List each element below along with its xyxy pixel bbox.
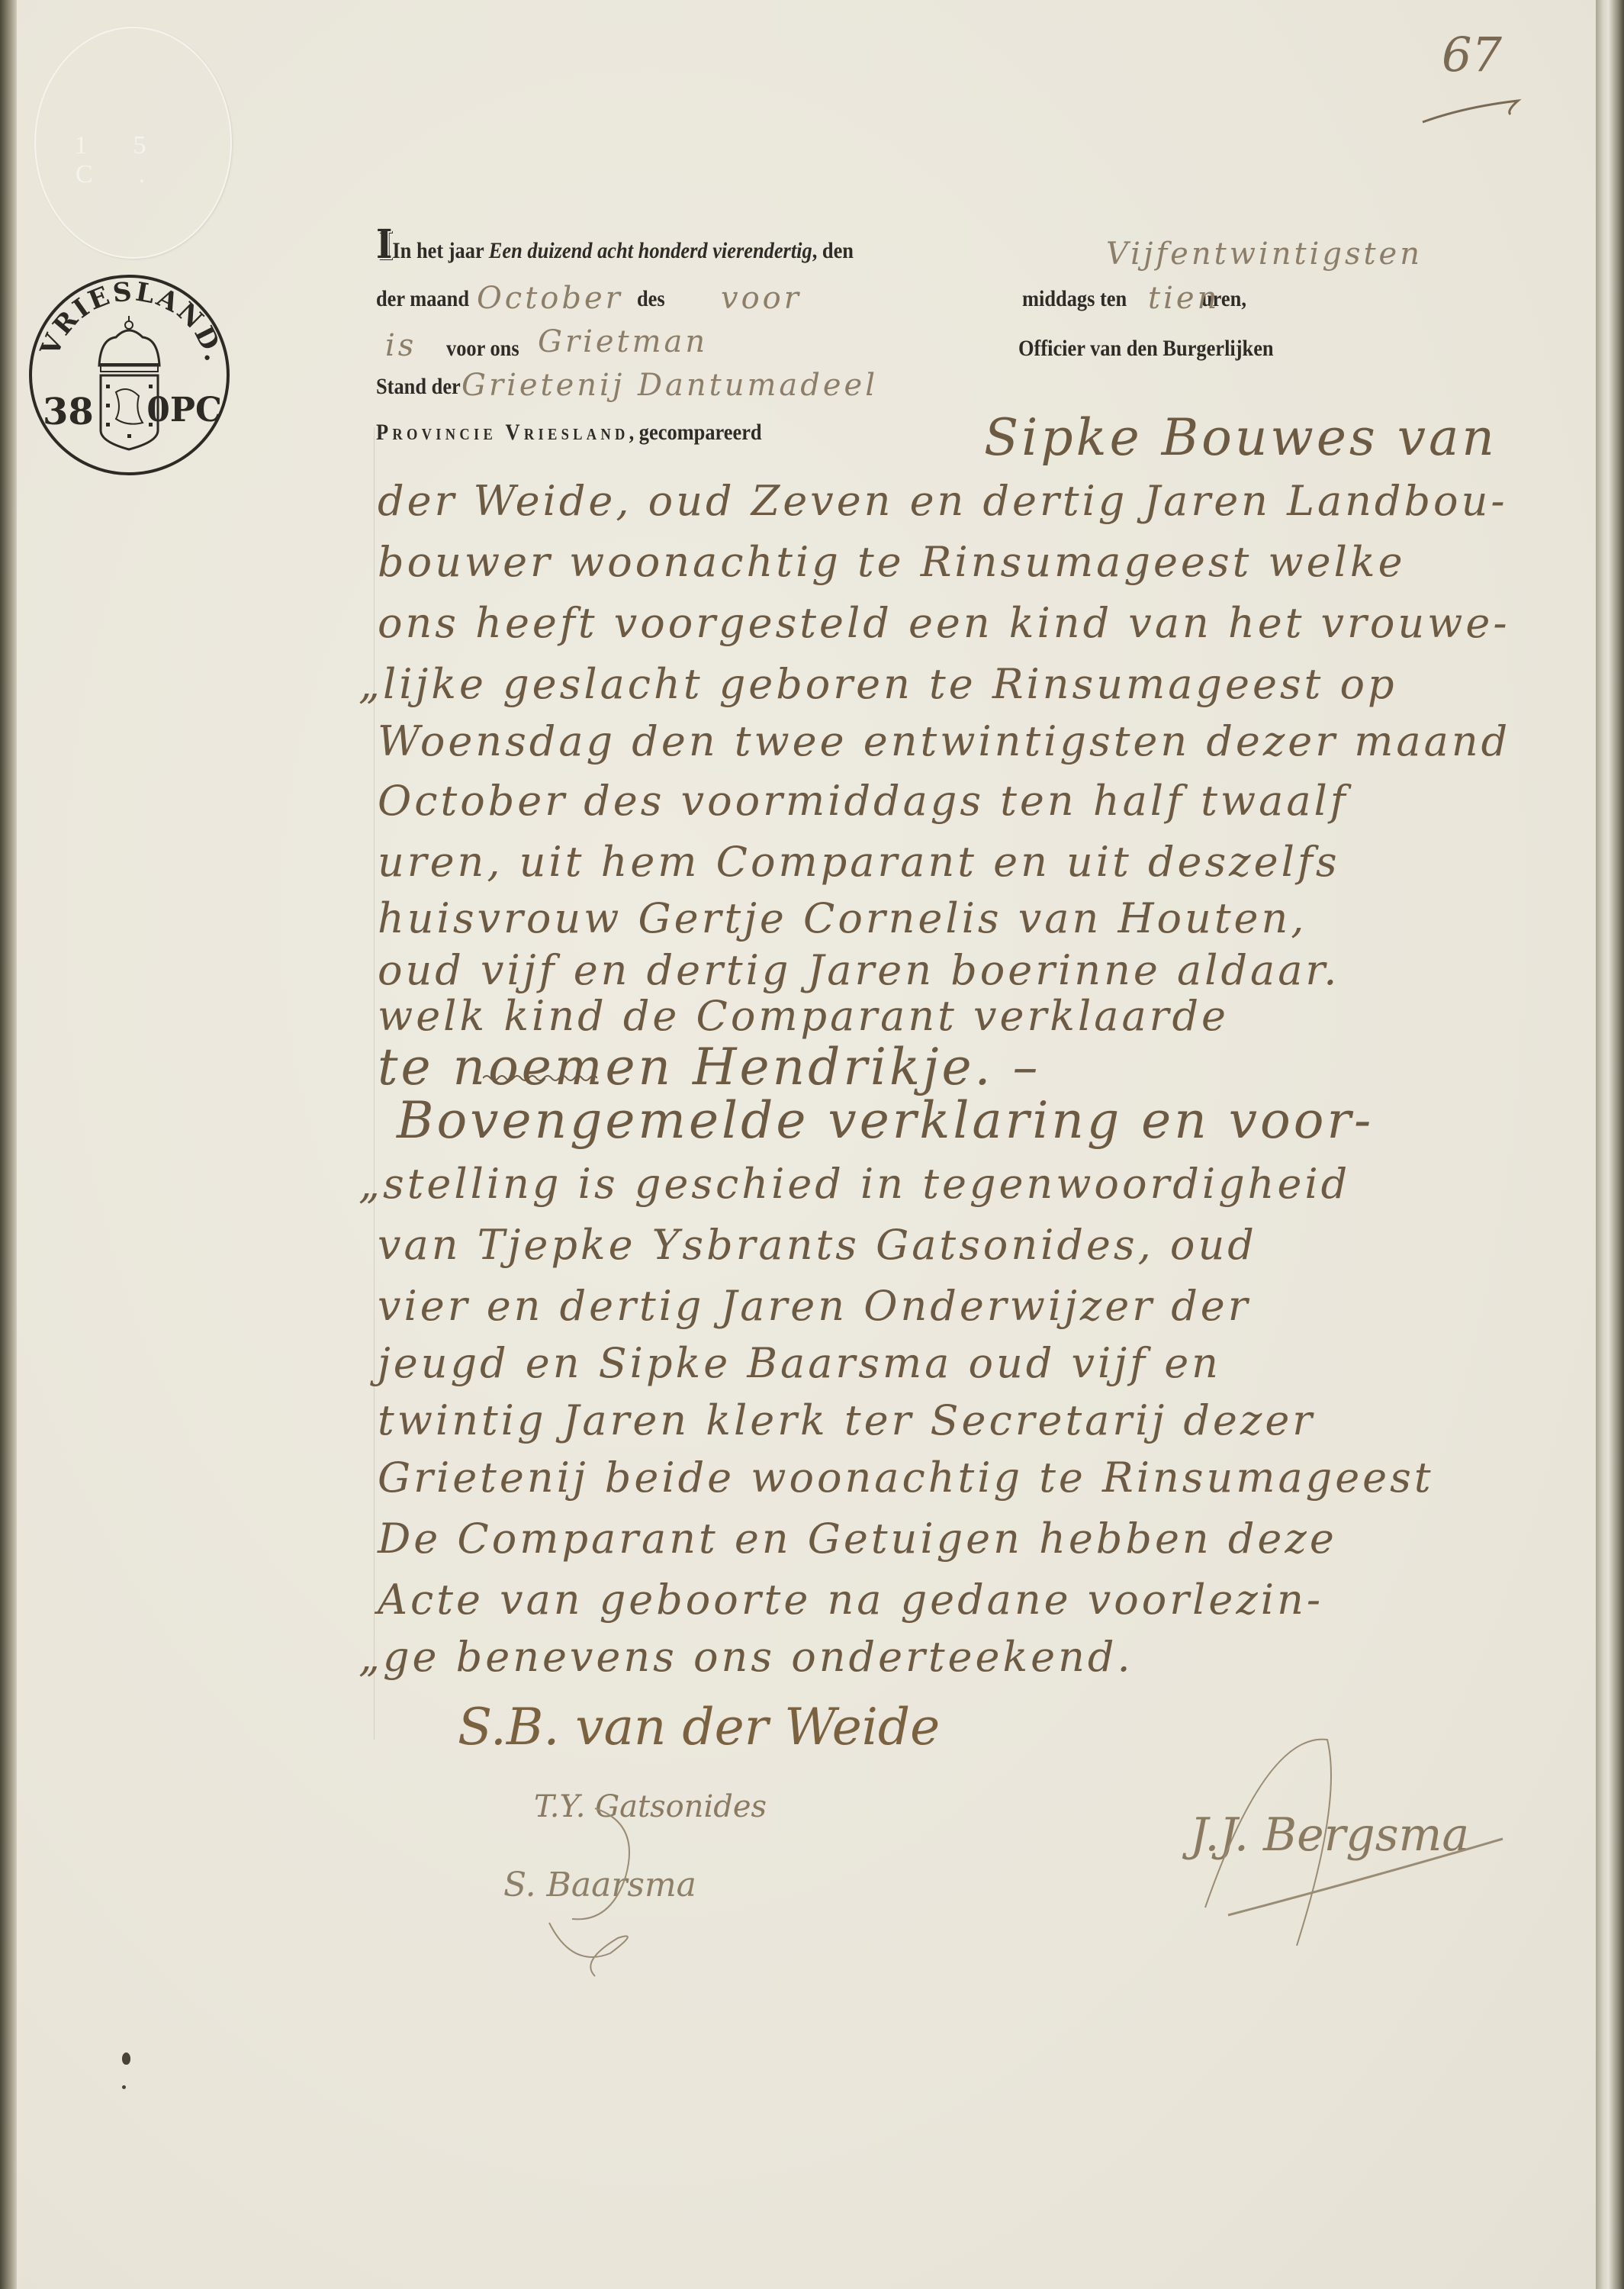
stamp-number: 38 [43,391,94,433]
book-spine-left [0,0,17,2289]
body-line: ons heeft voorgesteld een kind van het v… [378,599,1510,647]
body-line: De Comparant en Getuigen hebben deze [378,1515,1337,1563]
stamp-opc-text: 0PC [146,391,222,430]
form-province-suffix: , gecompareerd [629,420,762,445]
body-line: vier en dertig Jaren Onderwijzer der [378,1282,1251,1330]
body-line: huisvrouw Gertje Cornelis van Houten, [378,894,1307,942]
form-label-middags-ten: middags ten [1022,286,1127,312]
body-line: oud vijf en dertig Jaren boerinne aldaar… [378,946,1339,994]
page-edge-right [1596,0,1624,2289]
body-line: der Weide, oud Zeven en dertig Jaren Lan… [378,477,1508,525]
body-line: Bovengemelde verklaring en voor- [397,1091,1374,1150]
body-line: Woensdag den twee entwintigsten dezer ma… [378,717,1510,765]
pencil-margin-line [374,427,375,1740]
form-line-province: Provincie Vriesland, gecompareerd [376,420,762,446]
embossed-tax-seal: 15 C. [34,27,232,259]
body-line: welk kind de Comparant verklaarde [378,992,1229,1040]
body-line: jeugd en Sipke Baarsma oud vijf en [378,1339,1221,1387]
form-label-stand-der: Stand der [376,374,461,400]
filled-day: Vijfentwintigsten [1106,237,1423,272]
crown-and-lion-shield-icon: VRIESLAND. [32,278,227,472]
bergsma-flourish-icon [1144,1709,1526,1953]
folio-number: 67 [1442,27,1502,82]
embossed-seal-text: 15 C. [36,131,230,189]
body-line: Sipke Bouwes van [984,408,1497,467]
ink-blot [122,2052,130,2065]
body-line: twintig Jaren klerk ter Secretarij dezer [378,1396,1315,1444]
form-label-des: des [637,286,665,312]
body-line: October des voormiddags ten half twaalf [378,777,1349,825]
folio-flourish-icon [1419,84,1533,130]
drop-cap-i: I [376,221,392,268]
name-underline-flourish-icon [483,1074,597,1083]
filled-official-title: Grietman [538,324,708,359]
form-year-suffix: , den [812,238,854,263]
filled-voor-na: voor [721,281,802,316]
body-line: van Tjepke Ysbrants Gatsonides, oud [378,1221,1257,1269]
filled-hour: tien [1148,281,1220,316]
filled-is: is [385,328,416,363]
body-line-child-name: te noemen Hendrikje. – [378,1038,1041,1096]
form-province-name: Provincie Vriesland [376,420,629,445]
body-line: Grietenij beide woonachtig te Rinsumagee… [378,1454,1434,1502]
form-year-text: Een duizend acht honderd vierendertig [489,238,812,263]
ink-dot [122,2085,126,2089]
form-label-der-maand: der maand [376,286,469,312]
body-line: „lijke geslacht geboren te Rinsumageest … [359,660,1397,708]
vriesland-tax-stamp: VRIESLAND. 38 0PC [29,275,230,475]
body-line: „ge benevens ons onderteekend. [359,1633,1134,1681]
body-line: „stelling is geschied in tegenwoordighei… [359,1160,1350,1208]
form-year-prefix: In het jaar [392,238,484,263]
filled-month: October [477,281,623,316]
filled-municipality: Grietenij Dantumadeel [461,368,878,403]
body-line: Acte van geboorte na gedane voorlezin- [378,1576,1323,1624]
form-line-year: IIn het jaar Een duizend acht honderd vi… [376,229,854,264]
body-line: bouwer woonachtig te Rinsumageest welke [378,538,1406,586]
body-line: uren, uit hem Comparant en uit deszelfs [378,838,1340,886]
form-label-officier: Officier van den Burgerlijken [1018,336,1274,362]
form-label-voor-ons: voor ons [446,336,519,362]
signature-flourishes-icon [458,1709,976,1984]
